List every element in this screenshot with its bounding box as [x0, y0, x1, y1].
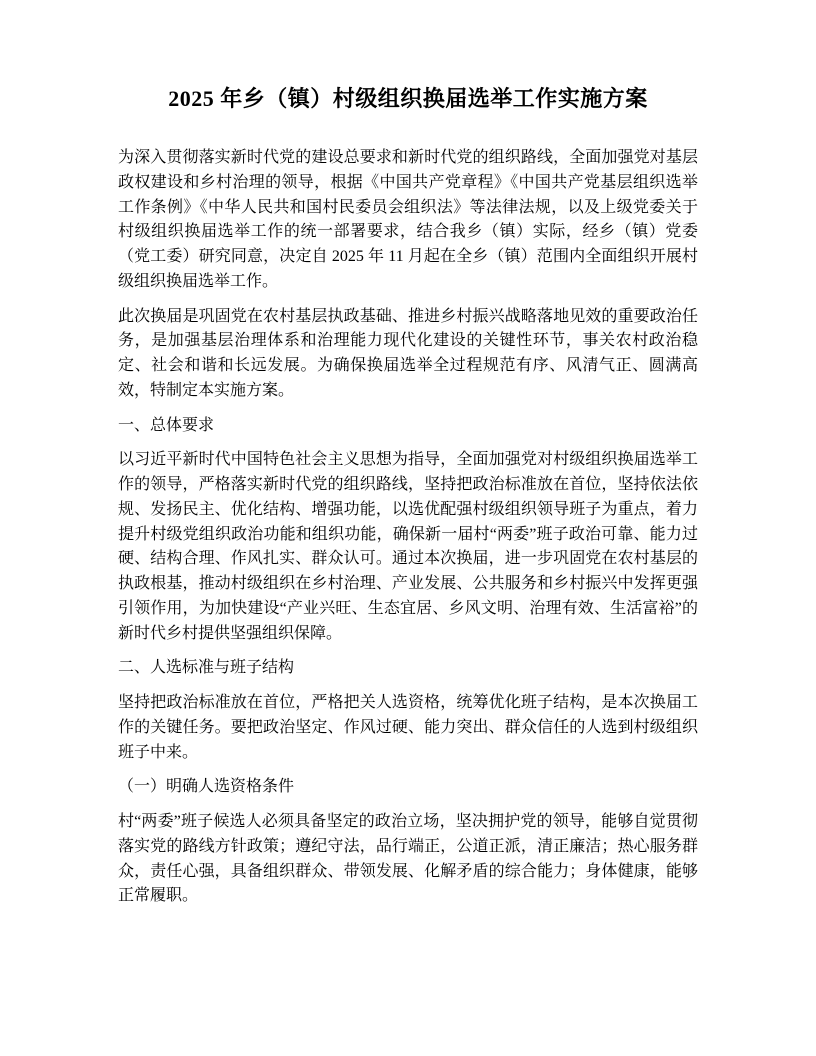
subsection-2-1-paragraph-1: 村“两委”班子候选人必须具备坚定的政治立场，坚决拥护党的领导，能够自觉贯彻落实党…	[118, 810, 698, 909]
document-page: 2025 年乡（镇）村级组织换届选举工作实施方案 为深入贯彻落实新时代党的建设总…	[0, 0, 816, 1056]
section-2-paragraph-1: 坚持把政治标准放在首位，严格把关人选资格，统筹优化班子结构，是本次换届工作的关键…	[118, 691, 698, 765]
subsection-heading-qualification-conditions: （一）明确人选资格条件	[118, 775, 698, 800]
section-heading-overall-requirements: 一、总体要求	[118, 414, 698, 439]
intro-paragraph-1: 为深入贯彻落实新时代党的建设总要求和新时代党的组织路线，全面加强党对基层政权建设…	[118, 146, 698, 295]
intro-paragraph-2: 此次换届是巩固党在农村基层执政基础、推进乡村振兴战略落地见效的重要政治任务，是加…	[118, 305, 698, 404]
document-title: 2025 年乡（镇）村级组织换届选举工作实施方案	[118, 84, 698, 114]
section-1-paragraph-1: 以习近平新时代中国特色社会主义思想为指导，全面加强党对村级组织换届选举工作的领导…	[118, 448, 698, 646]
section-heading-candidate-standards: 二、人选标准与班子结构	[118, 656, 698, 681]
